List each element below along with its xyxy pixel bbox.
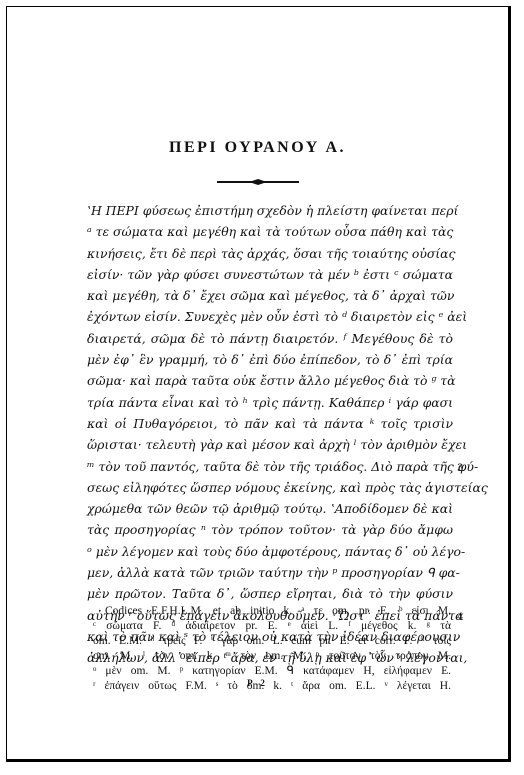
- text-line: ἐχόντων εἰσίν. Συνεχὲς μὲν οὖν ἐστὶ τὸ ᵈ…: [87, 306, 453, 327]
- text-line: μὲν ἐφ᾽ ἓν γραμμή, τὸ δ᾽ ἐπὶ δύο ἐπίπεδο…: [87, 349, 453, 370]
- text-line: χρώμεθα τῶν θεῶν τῷ ἀριθμῷ τούτῳ. ʽΑποδί…: [87, 498, 453, 519]
- text-line-wrap: ᵐ τὸν τοῦ παντός, ταῦτα δὲ τὸν τῆς τριάδ…: [87, 456, 453, 477]
- text-line: διαιρετά, σῶμα δὲ τὸ πάντῃ διαιρετόν. ᶠ …: [87, 328, 453, 349]
- text-line: καὶ μεγέθη, τὰ δ᾽ ἔχει σῶμα καὶ μέγεθος,…: [87, 285, 453, 306]
- text-line: ʽΗ ΠΕΡΙ φύσεως ἐπιστήμη σχεδὸν ἡ πλείστη…: [87, 200, 453, 221]
- footnote-line: om. E.M. ʰ τρεῖς F. ⁱ γάρ om. L. cum pr.…: [93, 634, 451, 649]
- text-line: κινήσεις, ἔτι δὲ περὶ τὰς ἀρχάς, ὅσαι τῆ…: [87, 243, 453, 264]
- text-line: μεν, ἀλλὰ κατὰ τῶν τριῶν ταύτην τὴν ᵖ πρ…: [87, 562, 453, 583]
- text-line: σῶμα· καὶ παρὰ ταῦτα οὐκ ἔστιν ἄλλο μέγε…: [87, 370, 453, 391]
- text-line: σεως εἰληφότες ὥσπερ νόμους ἐκείνης, καὶ…: [87, 477, 453, 498]
- text-line: καὶ οἱ Πυθαγόρειοι, τὸ πᾶν καὶ τὰ πάντα …: [87, 413, 453, 434]
- text-line: τρία πάντα εἶναι καὶ τὸ ʰ τρὶς πάντῃ. Κα…: [87, 392, 453, 413]
- footnote-line: om. M. ˡ τὸν om. k. ᵐ τὸν om. M. ⁿ τοῦτο…: [93, 649, 451, 664]
- margin-line-number: 3: [457, 458, 463, 479]
- footnote-line: Codices E.F.H.L.M. et ab initio k. ᵃ τε …: [93, 604, 451, 619]
- text-line: τὰς προσηγορίας ⁿ τὸν τρόπον τοῦτον· τὰ …: [87, 519, 453, 540]
- margin-line-number: 4: [457, 607, 463, 628]
- signature-mark: P 2: [7, 678, 508, 688]
- footnote-line: ᵒ μὲν om. M. ᵖ κατηγορίαν E.M. ᑫ κατάφαμ…: [93, 664, 451, 679]
- page-title: ΠΕΡΙ ΟΥΡΑΝΟΥ Α.: [7, 139, 508, 157]
- text-line: ὥρισται· τελευτὴ γὰρ καὶ μέσον καὶ ἀρχὴ …: [87, 434, 453, 455]
- text-line: ᵒ μὲν λέγομεν καὶ τοὺς δύο ἀμφοτέρους, π…: [87, 541, 453, 562]
- book-page: ΠΕΡΙ ΟΥΡΑΝΟΥ Α. ʽΗ ΠΕΡΙ φύσεως ἐπιστήμη …: [6, 6, 511, 762]
- text-line: ᵐ τὸν τοῦ παντός, ταῦτα δὲ τὸν τῆς τριάδ…: [87, 456, 453, 477]
- decorative-rule-icon: [217, 181, 299, 183]
- main-text: ʽΗ ΠΕΡΙ φύσεως ἐπιστήμη σχεδὸν ἡ πλείστη…: [87, 200, 453, 669]
- footnote-line: ᶜ σώματα F. ᵈ ἀδιαίρετον pr. E. ᵉ αἰεὶ L…: [93, 619, 451, 634]
- text-line: ᵃ τε σώματα καὶ μεγέθη καὶ τὰ τούτων οὖσ…: [87, 221, 453, 242]
- text-line: εἰσίν· τῶν γὰρ φύσει συνεστώτων τὰ μέν ᵇ…: [87, 264, 453, 285]
- text-line: μὲν πρῶτον. Ταῦτα δ᾽, ὥσπερ εἴρηται, διὰ…: [87, 583, 453, 604]
